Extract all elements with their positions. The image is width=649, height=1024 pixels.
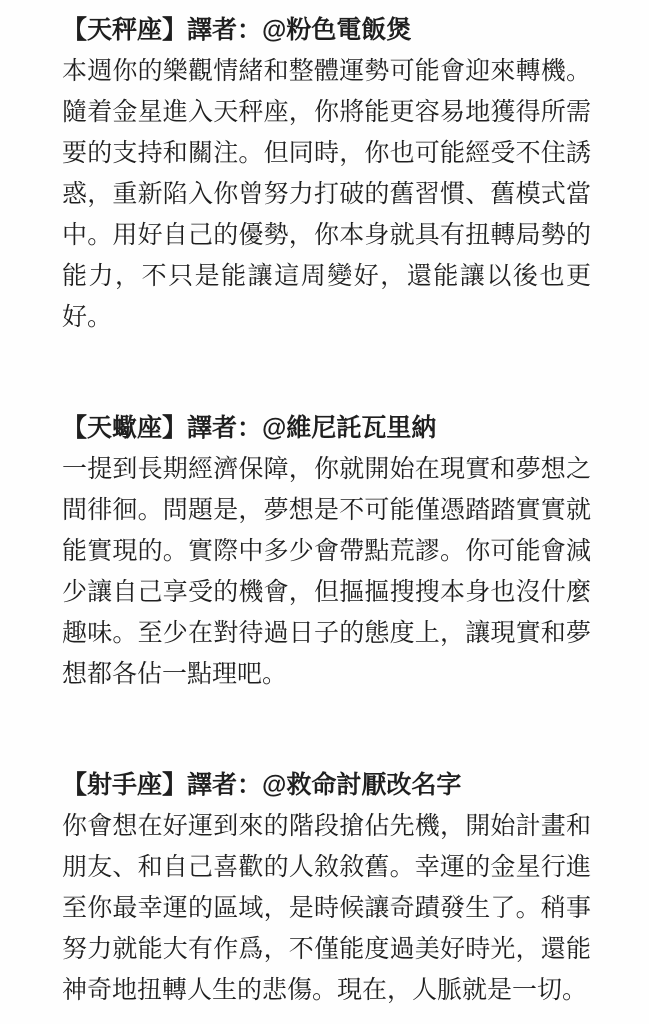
section-header-sagittarius: 【射手座】譯者：@救命討厭改名字 <box>62 765 591 806</box>
section-body-sagittarius: 你會想在好運到來的階段搶佔先機，開始計畫和朋友、和自己喜歡的人敘敘舊。幸運的金星… <box>62 806 591 1011</box>
section-body-scorpio: 一提到長期經濟保障，你就開始在現實和夢想之間徘徊。問題是，夢想是不可能僅憑踏踏實… <box>62 449 591 695</box>
section-libra: 【天秤座】譯者：@粉色電飯煲 本週你的樂觀情緒和整體運勢可能會迎來轉機。隨着金星… <box>62 10 591 338</box>
section-body-libra: 本週你的樂觀情緒和整體運勢可能會迎來轉機。隨着金星進入天秤座，你將能更容易地獲得… <box>62 51 591 338</box>
section-header-libra: 【天秤座】譯者：@粉色電飯煲 <box>62 10 591 51</box>
horoscope-text-page: 【天秤座】譯者：@粉色電飯煲 本週你的樂觀情緒和整體運勢可能會迎來轉機。隨着金星… <box>0 0 649 1024</box>
section-header-scorpio: 【天蠍座】譯者：@維尼託瓦里納 <box>62 408 591 449</box>
section-scorpio: 【天蠍座】譯者：@維尼託瓦里納 一提到長期經濟保障，你就開始在現實和夢想之間徘徊… <box>62 408 591 695</box>
section-sagittarius: 【射手座】譯者：@救命討厭改名字 你會想在好運到來的階段搶佔先機，開始計畫和朋友… <box>62 765 591 1011</box>
